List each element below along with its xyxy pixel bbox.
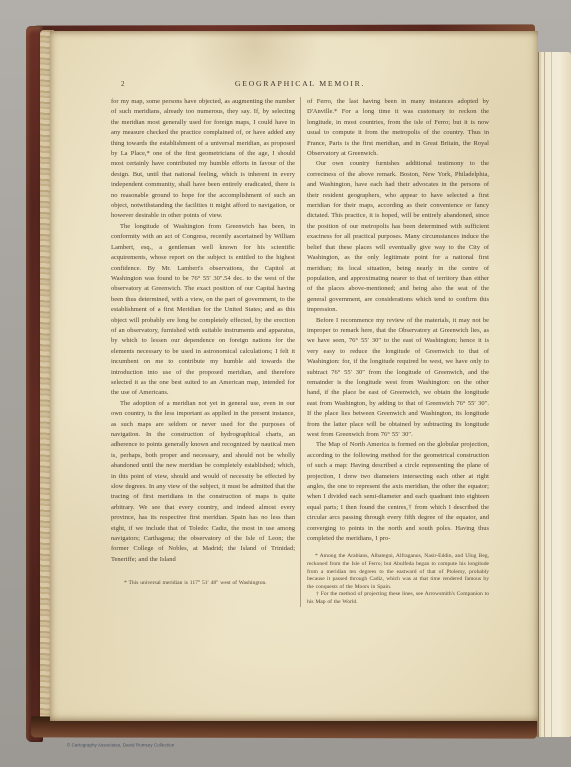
running-head-title: GEOGRAPHICAL MEMOIR. bbox=[111, 79, 489, 88]
book-scan-photo: { "book": { "page_number": "2", "running… bbox=[0, 0, 571, 767]
text-column-left: for my map, some persons have objected, … bbox=[111, 97, 300, 607]
footnote: * Among the Arabians, Albategni, Alfraga… bbox=[307, 553, 489, 591]
paragraph: The adoption of a meridian not yet in ge… bbox=[111, 399, 295, 566]
footnote: † For the method of projecting these lin… bbox=[307, 591, 489, 606]
scanned-page: 2 GEOGRAPHICAL MEMOIR. for my map, some … bbox=[50, 31, 538, 721]
paragraph: of Ferro, the last having been in many i… bbox=[307, 97, 489, 159]
paragraph: The longitude of Washington from Greenwi… bbox=[111, 222, 295, 399]
text-columns: for my map, some persons have objected, … bbox=[111, 97, 490, 607]
paragraph: Before I recommence my review of the mat… bbox=[307, 316, 489, 441]
text-column-right: of Ferro, the last having been in many i… bbox=[300, 97, 489, 607]
footnotes-block: * Among the Arabians, Albategni, Alfraga… bbox=[307, 553, 489, 606]
paragraph: The Map of North America is formed on th… bbox=[307, 440, 489, 544]
paragraph: for my map, some persons have objected, … bbox=[111, 97, 295, 222]
collection-watermark: © Cartography Associates, David Rumsey C… bbox=[67, 743, 174, 748]
footnote: * This universal meridian is 117° 51′ 48… bbox=[111, 580, 295, 587]
paragraph: Our own country furnishes additional tes… bbox=[307, 159, 489, 315]
facing-page-stack-edge bbox=[537, 52, 571, 737]
